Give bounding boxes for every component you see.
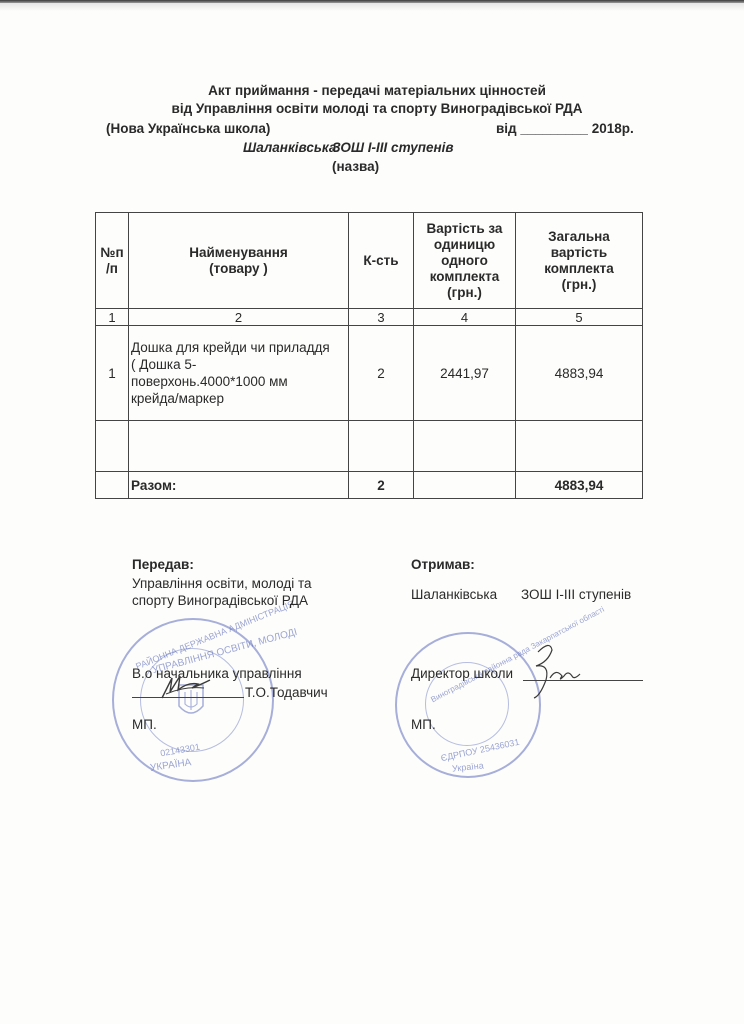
receiver-org-part1: Шаланківська [411,587,497,602]
column-number: 3 [349,309,414,326]
school-name-part2: ЗОШ І-ІІІ ступенів [332,140,454,155]
receiver-signature-icon [528,640,584,702]
header-unit-price: Вартість за одиницю одного комплекта (гр… [414,213,516,309]
receiver-seal-label: МП. [411,717,436,732]
document-title: Акт приймання - передачі матеріальних ці… [0,83,744,98]
header-unit-price-line: (грн.) [414,285,515,301]
item-name [129,421,349,472]
item-name-line: поверхонь.4000*1000 мм [131,373,348,390]
school-name-part1: Шаланківська [243,140,336,155]
total-label: Разом: [129,472,349,499]
header-total-price: Загальна вартість комплекта (грн.) [516,213,643,309]
header-number-line: №п [96,245,128,261]
item-name-line: Дошка для крейди чи приладдя [131,339,348,356]
school-name-caption: (назва) [332,159,379,174]
table-row-empty [96,421,643,472]
sender-signature-icon [158,672,214,702]
header-unit-price-line: одиницю [414,237,515,253]
item-name: Дошка для крейди чи приладдя ( Дошка 5- … [129,326,349,421]
column-number-row: 1 2 3 4 5 [96,309,643,326]
scan-shadow [0,3,744,11]
total-amount: 4883,94 [516,472,643,499]
header-name: Найменування (товару ) [129,213,349,309]
item-unit-price: 2441,97 [414,326,516,421]
item-total [516,421,643,472]
header-number: №п /п [96,213,129,309]
column-number: 4 [414,309,516,326]
total-row-number [96,472,129,499]
header-name-line: Найменування [129,245,348,261]
item-name-line: крейда/маркер [131,390,348,407]
total-quantity: 2 [349,472,414,499]
header-total-line: Загальна [516,229,642,245]
row-number [96,421,129,472]
item-quantity: 2 [349,326,414,421]
column-number: 1 [96,309,129,326]
header-total-line: комплекта [516,261,642,277]
header-unit-price-line: Вартість за [414,221,515,237]
table-row: 1 Дошка для крейди чи приладдя ( Дошка 5… [96,326,643,421]
receiver-position: Директор школи [411,666,513,681]
column-number: 5 [516,309,643,326]
document-subtitle: від Управління освіти молоді та спорту В… [0,101,744,116]
item-total: 4883,94 [516,326,643,421]
header-quantity-line: К-сть [349,253,413,269]
header-number-line: /п [96,261,128,277]
row-number: 1 [96,326,129,421]
sender-name: Т.О.Тодавчич [245,685,328,700]
total-unit-price [414,472,516,499]
receiver-heading: Отримав: [411,557,475,572]
sender-org-line1: Управління освіти, молоді та [132,576,312,591]
document-date: від _________ 2018р. [496,121,634,136]
table-header-row: №п /п Найменування (товару ) К-сть Варті… [96,213,643,309]
program-name: (Нова Українська школа) [106,121,270,136]
item-unit-price [414,421,516,472]
goods-table: №п /п Найменування (товару ) К-сть Варті… [95,212,643,499]
header-total-line: вартість [516,245,642,261]
sender-heading: Передав: [132,557,194,572]
header-total-line: (грн.) [516,277,642,293]
header-unit-price-line: одного [414,253,515,269]
item-quantity [349,421,414,472]
item-name-line: ( Дошка 5- [131,356,348,373]
total-row: Разом: 2 4883,94 [96,472,643,499]
header-quantity: К-сть [349,213,414,309]
header-unit-price-line: комплекта [414,269,515,285]
sender-org-line2: спорту Виноградівської РДА [132,593,308,608]
receiver-org-part2: ЗОШ І-ІІІ ступенів [521,587,631,602]
sender-seal-label: МП. [132,717,157,732]
column-number: 2 [129,309,349,326]
header-name-line: (товару ) [129,261,348,277]
